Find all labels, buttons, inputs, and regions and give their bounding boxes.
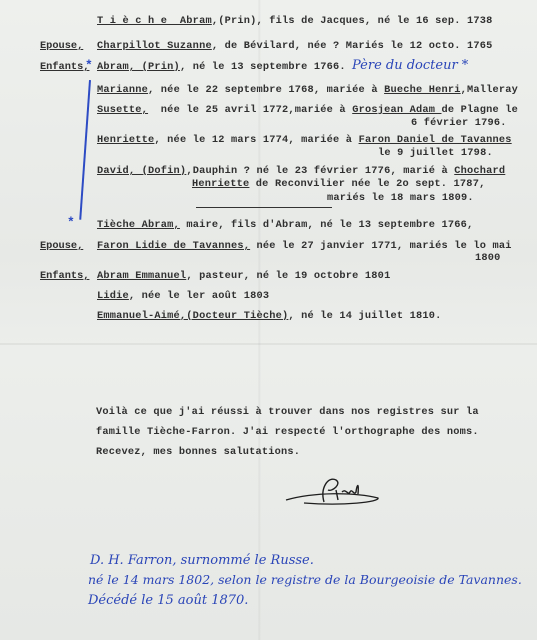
handwritten-connector-line: [79, 80, 90, 220]
letter-line: Voilà ce que j'ai réussi à trouver dans …: [96, 406, 479, 418]
handwritten-note-line: Décédé le 15 août 1870.: [88, 593, 248, 608]
child-row: David, (Dofin),Dauphin ? né le 23 févrie…: [97, 165, 505, 177]
child-row-cont: 6 février 1796.: [411, 117, 507, 129]
child-row: Susette, née le 25 avril 1772,mariée à G…: [97, 104, 518, 116]
child-row: Marianne, née le 22 septembre 1768, mari…: [97, 84, 518, 96]
paper-fold: [0, 343, 537, 345]
child-row: Lidie, née le ler août 1803: [97, 290, 269, 302]
handwritten-annotation: Père du docteur *: [352, 58, 468, 73]
signature: [284, 470, 384, 510]
record2-epouse-label: Epouse,: [40, 240, 83, 252]
record2-epouse: Faron Lidie de Tavannes, née le 27 janvi…: [97, 240, 512, 252]
letter-line: Recevez, mes bonnes salutations.: [96, 446, 300, 458]
asterisk-icon: *: [85, 58, 93, 73]
handwritten-note-line: né le 14 mars 1802, selon le registre de…: [88, 572, 522, 587]
record2-epouse-cont: 1800: [475, 252, 501, 264]
record1-epouse: Charpillot Suzanne, de Bévilard, née ? M…: [97, 40, 493, 52]
child-row: Abram Emmanuel, pasteur, né le 19 octobr…: [97, 270, 390, 282]
record1-enfants-label: Enfants,: [40, 61, 89, 73]
document-page: T i è c h e Abram,(Prin), fils de Jacque…: [0, 0, 537, 640]
letter-line: famille Tièche-Farron. J'ai respecté l'o…: [96, 426, 479, 438]
section-divider: [196, 207, 332, 208]
child-row: Henriette, née le 12 mars 1774, mariée à…: [97, 134, 512, 146]
handwritten-note-line: D. H. Farron, surnommé le Russe.: [90, 553, 314, 568]
record2-head: Tièche Abram, maire, fils d'Abram, né le…: [97, 219, 473, 231]
child-row: Emmanuel-Aimé,(Docteur Tièche), né le 14…: [97, 310, 441, 322]
child-row-cont: Henriette de Reconvilier née le 2o sept.…: [192, 178, 485, 190]
asterisk-icon: *: [67, 215, 75, 230]
record1-head: T i è c h e Abram,(Prin), fils de Jacque…: [97, 15, 493, 27]
record2-enfants-label: Enfants,: [40, 270, 89, 282]
child-row: Abram, (Prin), né le 13 septembre 1766.: [97, 61, 346, 73]
child-row-cont: mariés le 18 mars 1809.: [327, 192, 474, 204]
child-row-cont: le 9 juillet 1798.: [378, 147, 493, 159]
record1-epouse-label: Epouse,: [40, 40, 83, 52]
